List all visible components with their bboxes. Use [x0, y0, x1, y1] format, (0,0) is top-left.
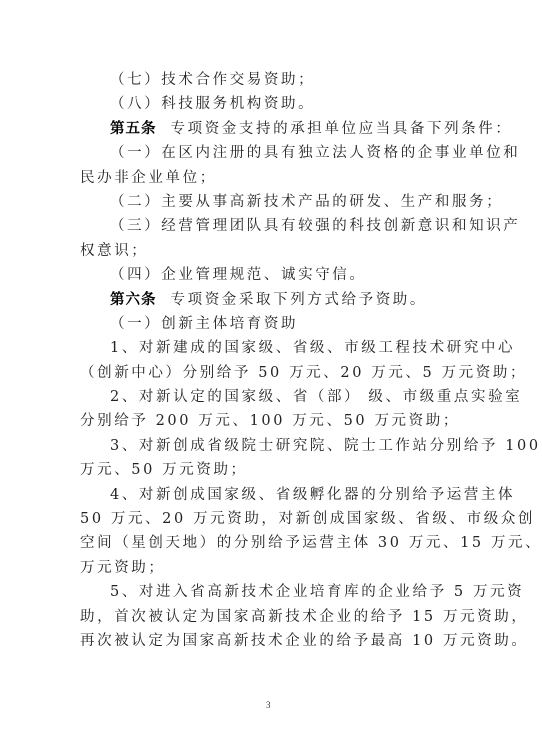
clause-text: （一）在区内注册的具有独立法人资格的企事业单位和 [110, 145, 520, 161]
item-text: 4、对新创成国家级、省级孵化器的分别给予运营主体 [110, 487, 515, 503]
clause-text: （三）经营管理团队具有较强的科技创新意识和知识产 [110, 218, 520, 234]
item-text: 2、对新认定的国家级、省（部） 级、市级重点实验室 [110, 389, 522, 405]
item-line: 2、对新认定的国家级、省（部） 级、市级重点实验室 [80, 385, 470, 409]
clause-text: （四）企业管理规范、诚实守信。 [110, 267, 367, 283]
item-text: 50 万元、20 万元资助，对新创成国家级、省级、市级众创 [80, 511, 535, 527]
article-heading: 第五条 [110, 120, 157, 137]
item-text: 分别给予 200 万元、100 万元、50 万元资助； [80, 413, 460, 429]
continuation-line: 万元、50 万元资助； [80, 458, 470, 482]
section-heading-line: （一）创新主体培育资助 [80, 312, 470, 336]
continuation-line: 分别给予 200 万元、100 万元、50 万元资助； [80, 409, 470, 433]
continuation-line: 民办非企业单位； [80, 166, 470, 190]
item-line: 1、对新建成的国家级、省级、市级工程技术研究中心 [80, 336, 470, 360]
item-text: 万元、50 万元资助； [80, 462, 248, 478]
item-text: 助，首次被认定为国家高新技术企业的给予 15 万元资助， [80, 609, 528, 625]
document-body: （七）技术合作交易资助； （八）科技服务机构资助。 第五条专项资金支持的承担单位… [80, 68, 470, 653]
clause-text: 民办非企业单位； [80, 170, 217, 186]
item-text: 5、对进入省高新技术企业培育库的企业给予 5 万元资 [110, 584, 524, 600]
page-number: 3 [266, 700, 271, 710]
item-text: 3、对新创成省级院士研究院、院士工作站分别给予 100 [110, 438, 541, 454]
item-text: 1、对新建成的国家级、省级、市级工程技术研究中心 [110, 340, 515, 356]
article-heading: 第六条 [110, 291, 157, 308]
article-line: 第五条专项资金支持的承担单位应当具备下列条件： [80, 117, 470, 141]
clause-line: （二）主要从事高新技术产品的研发、生产和服务； [80, 190, 470, 214]
continuation-line: 万元资助； [80, 556, 470, 580]
clause-line: （七）技术合作交易资助； [80, 68, 470, 92]
item-text: 万元资助； [80, 560, 166, 576]
clause-line: （一）在区内注册的具有独立法人资格的企事业单位和 [80, 141, 470, 165]
item-text: 空间（星创天地）的分别给予运营主体 30 万元、15 万元、5 [80, 535, 542, 551]
item-line: 5、对进入省高新技术企业培育库的企业给予 5 万元资 [80, 580, 470, 604]
clause-line: （八）科技服务机构资助。 [80, 92, 470, 116]
section-heading: （一）创新主体培育资助 [110, 316, 298, 332]
item-text: 再次被认定为国家高新技术企业的给予最高 10 万元资助。 [80, 633, 528, 649]
item-text: （创新中心）分别给予 50 万元、20 万元、5 万元资助； [80, 365, 527, 381]
clause-text: （八）科技服务机构资助。 [110, 96, 315, 112]
item-line: 3、对新创成省级院士研究院、院士工作站分别给予 100 [80, 434, 470, 458]
continuation-line: 空间（星创天地）的分别给予运营主体 30 万元、15 万元、5 [80, 531, 470, 555]
continuation-line: 权意识； [80, 239, 470, 263]
item-line: 4、对新创成国家级、省级孵化器的分别给予运营主体 [80, 483, 470, 507]
clause-line: （四）企业管理规范、诚实守信。 [80, 263, 470, 287]
article-text: 专项资金支持的承担单位应当具备下列条件： [171, 121, 513, 137]
continuation-line: 50 万元、20 万元资助，对新创成国家级、省级、市级众创 [80, 507, 470, 531]
clause-text: （二）主要从事高新技术产品的研发、生产和服务； [110, 194, 503, 210]
clause-line: （三）经营管理团队具有较强的科技创新意识和知识产 [80, 214, 470, 238]
clause-text: 权意识； [80, 243, 148, 259]
article-text: 专项资金采取下列方式给予资助。 [171, 292, 428, 308]
article-line: 第六条专项资金采取下列方式给予资助。 [80, 288, 470, 312]
document-page: （七）技术合作交易资助； （八）科技服务机构资助。 第五条专项资金支持的承担单位… [0, 0, 542, 752]
continuation-line: 再次被认定为国家高新技术企业的给予最高 10 万元资助。 [80, 629, 470, 653]
continuation-line: 助，首次被认定为国家高新技术企业的给予 15 万元资助， [80, 605, 470, 629]
continuation-line: （创新中心）分别给予 50 万元、20 万元、5 万元资助； [80, 361, 470, 385]
clause-text: （七）技术合作交易资助； [110, 72, 315, 88]
